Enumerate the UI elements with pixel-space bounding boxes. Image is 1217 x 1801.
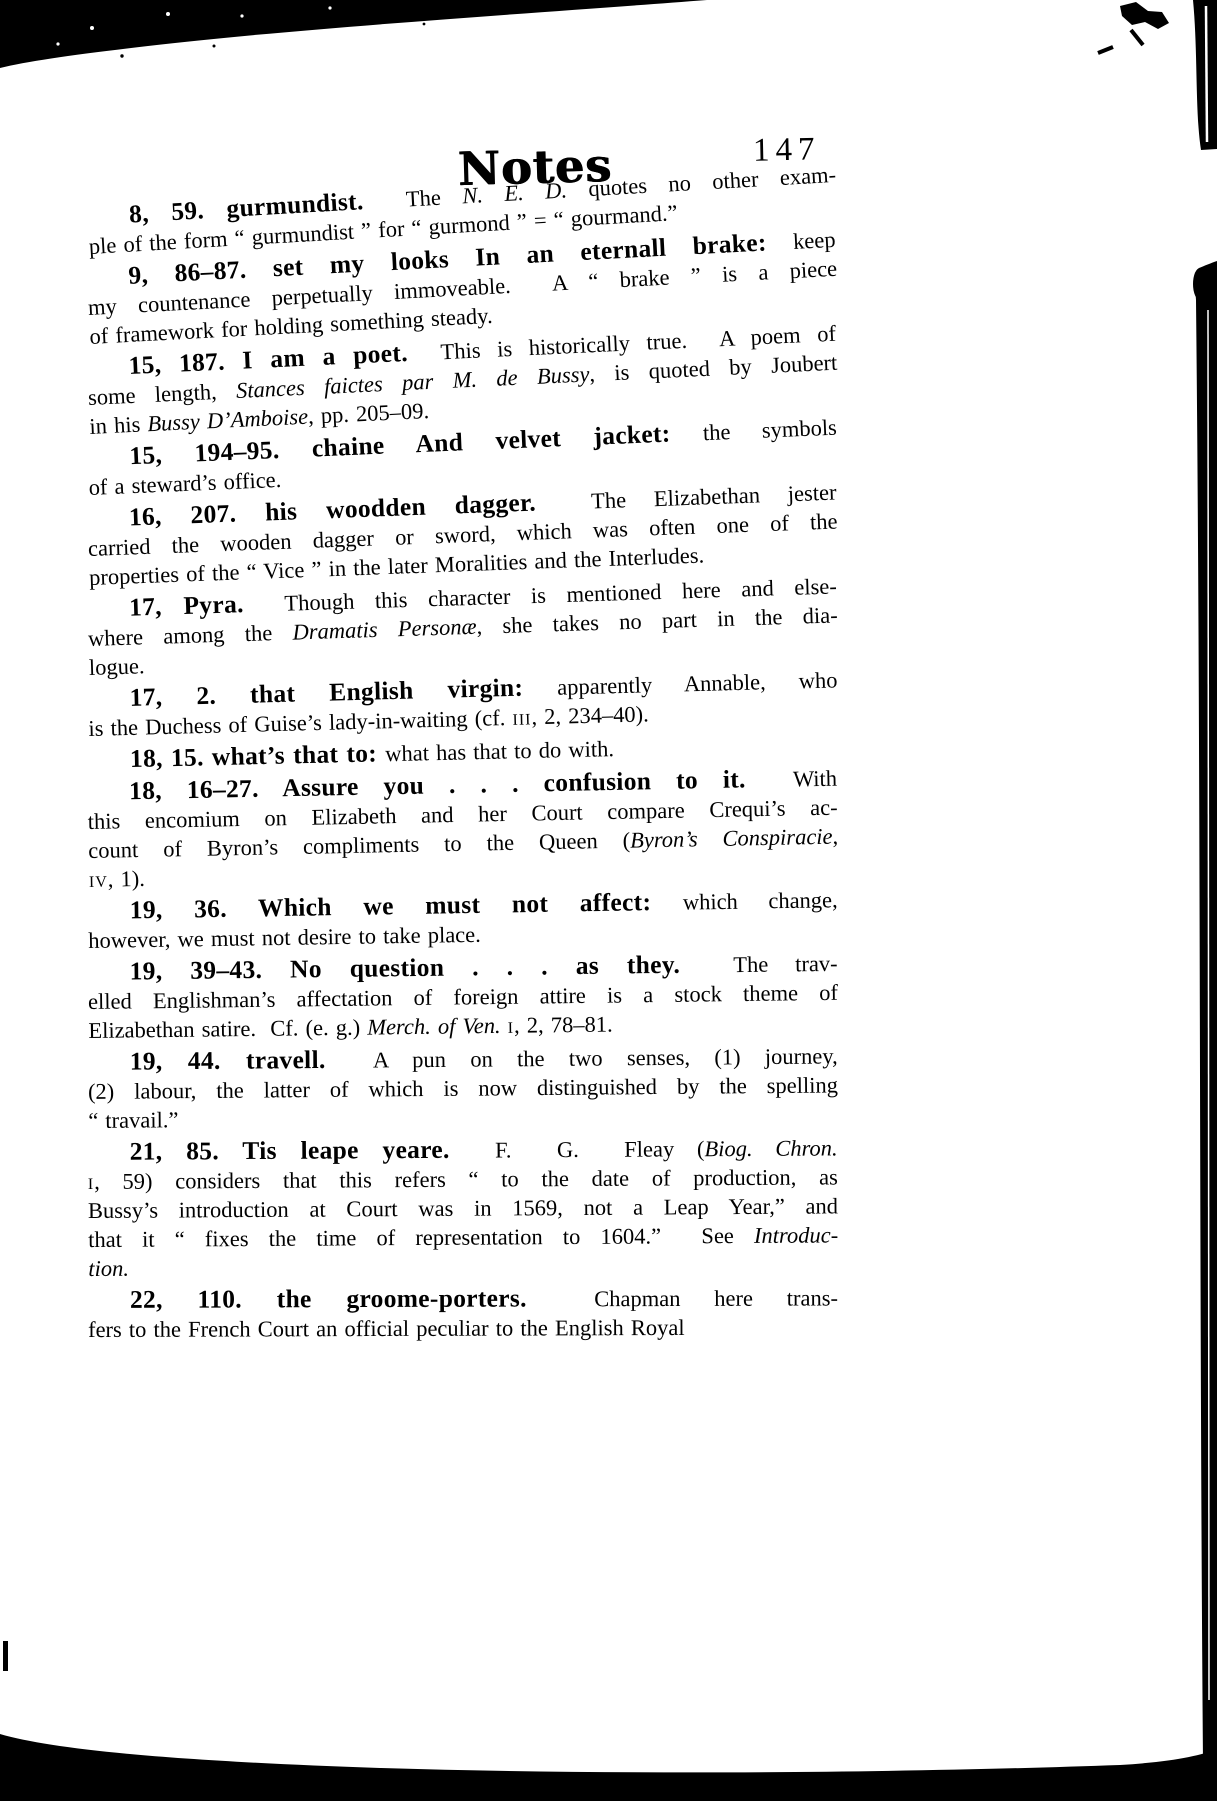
text-segment: , 1). — [107, 866, 145, 892]
text-segment: Which we must not affect: — [258, 887, 683, 923]
text-segment: “ travail.” — [88, 1107, 178, 1133]
text-segment: Dramatis Personæ — [292, 614, 477, 645]
text-segment: The trav- — [680, 951, 838, 978]
note-line: 22, 110. the groome-porters. Chapman her… — [88, 1282, 838, 1315]
text-segment: travell. — [246, 1045, 326, 1075]
ink-scribble-top-right — [1120, 2, 1169, 29]
text-segment: where among the — [88, 620, 293, 651]
note-line: that it “ fixes the time of representati… — [88, 1220, 838, 1254]
note-line: Bussy’s introduction at Court was in 156… — [88, 1191, 838, 1225]
text-segment: A pun on the two senses, (1) journey, — [325, 1043, 837, 1072]
text-segment: No question . . . as they. — [290, 950, 680, 984]
text-segment: , 2, 234–40). — [531, 701, 649, 729]
text-segment: With — [745, 766, 837, 793]
text-segment: which change, — [683, 887, 838, 914]
text-segment: 16, 207. — [128, 497, 265, 531]
text-segment: N. E. D. — [462, 177, 568, 208]
text-segment: Chapman here trans- — [527, 1285, 838, 1311]
text-segment: 19, 44. — [130, 1046, 246, 1076]
text-segment: of a steward’s office. — [88, 467, 282, 500]
note-entry: 22, 110. the groome-porters. Chapman her… — [88, 1282, 838, 1344]
text-segment: apparently Annable, who — [557, 667, 838, 699]
text-segment: 19, 36. — [130, 893, 259, 924]
text-segment: 19, 39–43. — [129, 955, 290, 986]
text-segment: 21, 85. — [130, 1136, 243, 1166]
scan-artifact-left-tick — [3, 1641, 8, 1671]
page: Notes 147 8, 59. gurmundist. The N. E. D… — [0, 0, 1217, 1801]
text-segment: , 59) considers that this refers “ to th… — [94, 1164, 838, 1194]
text-segment: Elizabethan satire. Cf. (e. g.) — [88, 1015, 367, 1043]
text-segment: in his — [89, 411, 148, 439]
text-segment: what has that to do with. — [385, 736, 614, 766]
text-segment: fers to the French Court an official pec… — [88, 1315, 685, 1342]
text-segment: iii — [512, 704, 532, 729]
note-entry: 18, 16–27. Assure you . . . confusion to… — [87, 763, 839, 894]
text-segment: tion. — [88, 1256, 129, 1281]
text-segment: Merch. of Ven. — [367, 1013, 501, 1040]
text-segment: 17, 2. — [129, 680, 250, 712]
note-line: tion. — [88, 1249, 838, 1283]
note-entry: 19, 39–43. No question . . . as they. Th… — [87, 948, 838, 1045]
text-segment: 15, 194–95. — [129, 434, 313, 471]
text-segment: , 2, 78–81. — [514, 1012, 613, 1038]
text-segment: 18, 15. — [130, 742, 213, 773]
note-entry: 21, 85. Tis leape yeare. F. G. Fleay (Bi… — [88, 1132, 839, 1283]
text-segment: 15, 187. — [128, 346, 243, 380]
note-line: 21, 85. Tis leape yeare. F. G. Fleay (Bi… — [88, 1132, 838, 1167]
text-segment: Byron’s Conspiracie — [630, 824, 833, 853]
text-segment: 18, 16–27. — [129, 773, 283, 805]
note-entry: 19, 36. Which we must not affect: which … — [88, 884, 839, 955]
notes-list: 8, 59. gurmundist. The N. E. D. quotes n… — [88, 200, 838, 1344]
text-segment: 22, 110. — [130, 1284, 277, 1314]
text-segment: The — [363, 183, 463, 214]
text-segment: 8, 59. — [128, 194, 227, 229]
text-segment: (2) labour, the latter of which is now d… — [88, 1072, 838, 1104]
scan-artifact-right-lower — [1196, 261, 1217, 1764]
text-segment: 17, Pyra. — [129, 589, 245, 622]
text-segment: the symbols — [702, 415, 837, 446]
text-segment: the groome-porters. — [277, 1283, 527, 1313]
text-segment: keep — [792, 227, 836, 254]
scan-artifact-right-upper — [1193, 0, 1217, 150]
text-segment: Bussy D’Amboise — [147, 404, 309, 437]
text-segment: what’s that to: — [212, 738, 386, 771]
text-segment: that it “ fixes the time of representati… — [88, 1223, 754, 1252]
text-segment: , — [832, 824, 838, 849]
note-entry: 19, 44. travell. A pun on the two senses… — [88, 1040, 839, 1135]
text-segment: Biog. Chron. — [704, 1135, 837, 1161]
text-segment: however, we must not desire to take plac… — [88, 922, 481, 953]
text-segment: Bussy’s introduction at Court was in 156… — [88, 1193, 838, 1223]
text-segment: Introduc- — [754, 1222, 838, 1248]
text-segment: Tis leape yeare. — [242, 1135, 450, 1165]
text-segment: F. G. Fleay ( — [450, 1136, 705, 1163]
scan-artifact-top-wedge — [0, 0, 707, 68]
text-segment: iv — [89, 867, 108, 892]
note-line: i, 59) considers that this refers “ to t… — [88, 1162, 838, 1196]
note-line: fers to the French Court an official pec… — [88, 1312, 838, 1344]
text-segment: logue. — [89, 653, 145, 680]
scan-artifact-bottom-band — [0, 1734, 1217, 1801]
text-segment: , pp. 205–09. — [307, 398, 429, 429]
